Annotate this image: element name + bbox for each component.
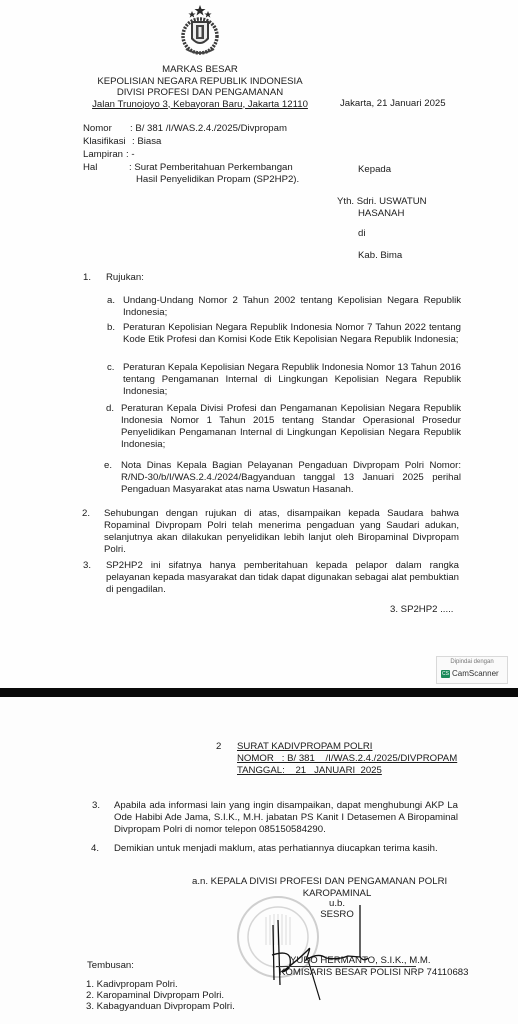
recipient-kepada: Kepada [358, 164, 391, 176]
letterhead-line-2: KEPOLISIAN NEGARA REPUBLIK INDONESIA [80, 76, 320, 88]
sub-e-text: Nota Dinas Kepala Bagian Pelayanan Penga… [121, 460, 461, 496]
item-3-number: 3. [83, 560, 103, 572]
sub-b-letter: b. [107, 322, 115, 334]
page2-item-3-text: Apabila ada informasi lain yang ingin di… [114, 800, 458, 836]
police-crest-icon [172, 3, 228, 59]
page2-item-4-text: Demikian untuk menjadi maklum, atas perh… [114, 843, 438, 855]
signatory-rank: KOMISARIS BESAR POLISI NRP 74110683 [279, 967, 468, 979]
sub-c-letter: c. [107, 362, 114, 374]
camscanner-watermark: Dipindai dengan CSCamScanner [436, 656, 508, 684]
item-3-text: SP2HP2 ini sifatnya hanya pemberitahuan … [106, 560, 459, 596]
page2-item-4-number: 4. [91, 843, 111, 855]
item-2-number: 2. [82, 508, 102, 520]
signature-an: a.n. KEPALA DIVISI PROFESI DAN PENGAMANA… [192, 876, 447, 888]
lampiran-value: : - [126, 149, 135, 161]
letterhead: MARKAS BESAR KEPOLISIAN NEGARA REPUBLIK … [80, 64, 320, 110]
letterhead-line-3: DIVISI PROFESI DAN PENGAMANAN [80, 87, 320, 99]
sub-d-letter: d. [106, 403, 114, 415]
sub-a-text: Undang-Undang Nomor 2 Tahun 2002 tentang… [123, 295, 461, 319]
letterhead-line-1: MARKAS BESAR [80, 64, 320, 76]
tembusan-item-3: 3. Kabagyanduan Divpropam Polri. [86, 1001, 235, 1012]
hal-value-line-2: Hasil Penyelidikan Propam (SP2HP2). [136, 174, 299, 186]
tembusan-item-1: 1. Kadivpropam Polri. [86, 979, 178, 990]
camscanner-logo-icon: CS [441, 670, 450, 678]
klasifikasi-label: Klasifikasi [83, 136, 135, 148]
item-1-number: 1. [83, 272, 103, 284]
recipient-di: di [358, 228, 365, 240]
continuation-marker: 3. SP2HP2 ..... [390, 604, 453, 616]
item-2-text: Sehubungan dengan rujukan di atas, disam… [104, 508, 459, 556]
tembusan-item-2: 2. Karopaminal Divpropam Polri. [86, 990, 224, 1001]
item-1-text: Rujukan: [106, 272, 144, 284]
watermark-caption: Dipindai dengan [437, 659, 507, 665]
nomor-value: : B/ 381 /I/WAS.2.4./2025/Divpropam [130, 123, 287, 135]
recipient-name-line-2: HASANAH [358, 208, 404, 220]
sub-b-text: Peraturan Kepolisian Negara Republik Ind… [123, 322, 461, 346]
reference-line-3: TANGGAL: 21 JANUARI 2025 [237, 765, 382, 777]
page-number: 2 [216, 741, 221, 753]
sub-c-text: Peraturan Kepala Kepolisian Negara Repub… [123, 362, 461, 398]
letterhead-address: Jalan Trunojoyo 3, Kebayoran Baru, Jakar… [80, 99, 320, 111]
letter-date: Jakarta, 21 Januari 2025 [340, 98, 446, 110]
sub-e-letter: e. [104, 460, 112, 472]
hal-label: Hal [83, 162, 135, 174]
page-divider [0, 688, 518, 697]
nomor-label: Nomor [83, 123, 135, 135]
hal-value-line-1: : Surat Pemberitahuan Perkembangan [129, 162, 293, 174]
page2-item-3-number: 3. [92, 800, 112, 812]
recipient-place: Kab. Bima [358, 250, 402, 262]
reference-line-2: NOMOR : B/ 381 /I/WAS.2.4./2025/DIVPROPA… [237, 753, 457, 765]
klasifikasi-value: : Biasa [132, 136, 161, 148]
watermark-brand-name: CamScanner [452, 669, 499, 678]
letter-page-1: MARKAS BESAR KEPOLISIAN NEGARA REPUBLIK … [0, 0, 518, 688]
sub-a-letter: a. [107, 295, 115, 307]
recipient-name-line-1: Yth. Sdri. USWATUN [337, 196, 427, 208]
watermark-brand: CSCamScanner [441, 669, 499, 678]
tembusan-title: Tembusan: [87, 960, 134, 972]
reference-line-1: SURAT KADIVPROPAM POLRI [237, 741, 372, 753]
sub-d-text: Peraturan Kepala Divisi Profesi dan Peng… [121, 403, 461, 451]
